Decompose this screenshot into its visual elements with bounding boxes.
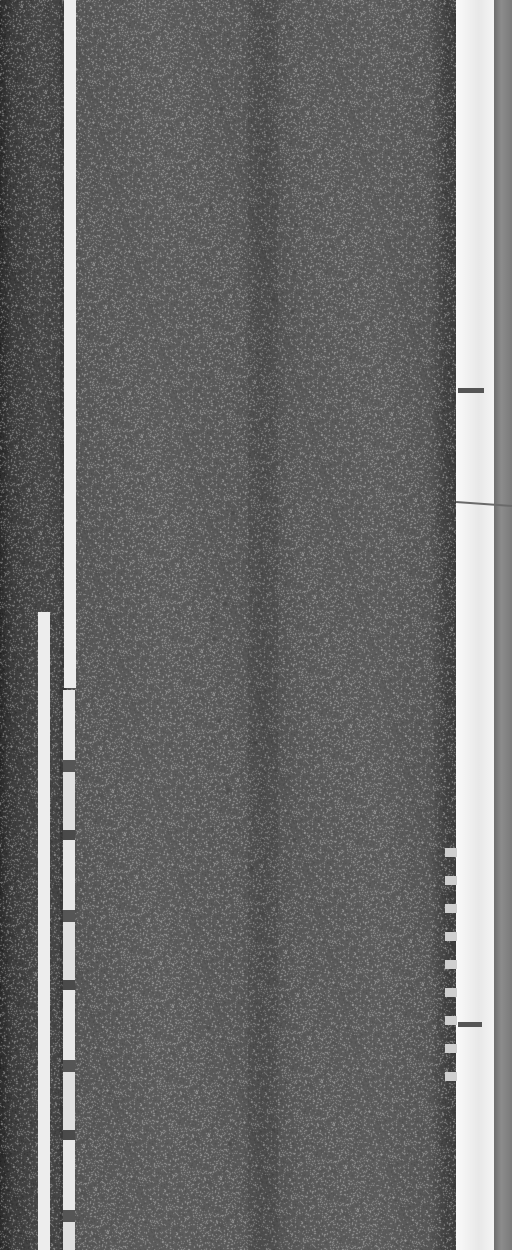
edge-line-patch bbox=[445, 1044, 457, 1053]
left-lane-line bbox=[64, 0, 76, 688]
shoulder bbox=[494, 0, 512, 1250]
wheel-track bbox=[248, 0, 278, 1250]
edge-line-tick bbox=[458, 1022, 482, 1027]
edge-line-patch bbox=[445, 1016, 457, 1025]
right-edge-line bbox=[456, 0, 494, 1250]
edge-line-patch bbox=[445, 1072, 457, 1081]
edge-line-patch bbox=[445, 988, 457, 997]
edge-line-patch bbox=[445, 876, 457, 885]
left-lane-line-outer bbox=[63, 690, 75, 1250]
left-lane-line-inner bbox=[38, 612, 50, 1250]
edge-line-patch bbox=[445, 960, 457, 969]
edge-line-patch bbox=[445, 932, 457, 941]
road-surface-scan bbox=[0, 0, 512, 1250]
edge-line-patch bbox=[445, 848, 457, 857]
edge-line-tick bbox=[458, 388, 484, 393]
edge-line-patch bbox=[445, 904, 457, 913]
